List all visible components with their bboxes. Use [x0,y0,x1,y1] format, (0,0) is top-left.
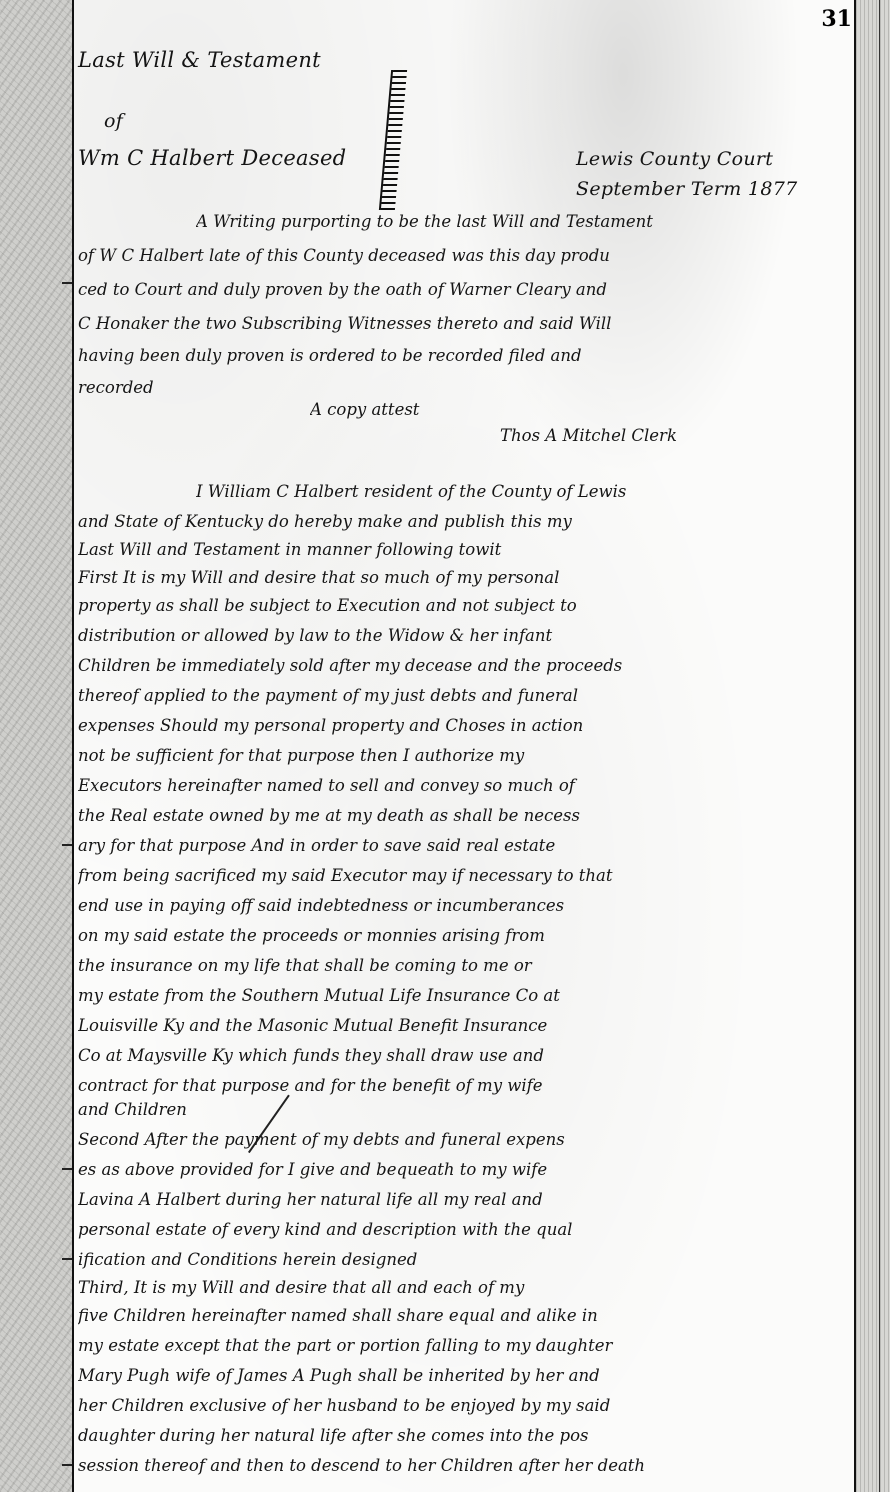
margin-tick [62,1258,72,1260]
left-margin-edge [0,0,72,1492]
will-line: personal estate of every kind and descri… [78,1220,858,1239]
will-line: I William C Halbert resident of the Coun… [196,482,890,501]
page-number: 31 [821,6,852,32]
court-name: Lewis County Court [576,148,773,170]
will-line: my estate except that the part or portio… [78,1336,858,1355]
will-line: property as shall be subject to Executio… [78,596,858,615]
will-line: Second After the payment of my debts and… [78,1130,858,1149]
probate-line: A Writing purporting to be the last Will… [196,212,890,231]
will-line: my estate from the Southern Mutual Life … [78,986,858,1005]
will-line: daughter during her natural life after s… [78,1426,858,1445]
will-line: and State of Kentucky do hereby make and… [78,512,858,531]
will-line: ification and Conditions herein designed [78,1250,858,1269]
will-line: Third, It is my Will and desire that all… [78,1278,858,1297]
will-line: her Children exclusive of her husband to… [78,1396,858,1415]
will-line: Last Will and Testament in manner follow… [78,540,858,559]
attest-line: A copy attest [310,400,890,419]
will-line: thereof applied to the payment of my jus… [78,686,858,705]
will-line: Louisville Ky and the Masonic Mutual Ben… [78,1016,858,1035]
will-line: not be sufficient for that purpose then … [78,746,858,765]
will-line: five Children hereinafter named shall sh… [78,1306,858,1325]
will-line: session thereof and then to descend to h… [78,1456,858,1475]
margin-tick [62,1464,72,1466]
will-line: Lavina A Halbert during her natural life… [78,1190,858,1209]
will-line: Executors hereinafter named to sell and … [78,776,858,795]
margin-tick [62,282,72,284]
will-line: the Real estate owned by me at my death … [78,806,858,825]
will-line: end use in paying off said indebtedness … [78,896,858,915]
decedent-name: Wm C Halbert Deceased [78,146,346,170]
will-line: distribution or allowed by law to the Wi… [78,626,858,645]
probate-line: having been duly proven is ordered to be… [78,346,858,365]
will-line: and Children [78,1100,858,1119]
left-margin-rule [72,0,74,1492]
probate-line: ced to Court and duly proven by the oath… [78,280,858,299]
will-line: Children be immediately sold after my de… [78,656,858,675]
margin-tick [62,1168,72,1170]
clerk-signature: Thos A Mitchel Clerk [500,426,890,445]
will-line: on my said estate the proceeds or monnie… [78,926,858,945]
will-line: the insurance on my life that shall be c… [78,956,858,975]
will-line: contract for that purpose and for the be… [78,1076,858,1095]
will-line: from being sacrificed my said Executor m… [78,866,858,885]
will-line: es as above provided for I give and bequ… [78,1160,858,1179]
probate-line: C Honaker the two Subscribing Witnesses … [78,314,858,333]
court-term: September Term 1877 [576,178,797,200]
will-line: Co at Maysville Ky which funds they shal… [78,1046,858,1065]
probate-line: recorded [78,378,858,397]
probate-line: of W C Halbert late of this County decea… [78,246,858,265]
document-title-of: of [104,110,123,132]
document-title: Last Will & Testament [78,48,321,72]
will-line: First It is my Will and desire that so m… [78,568,858,587]
will-line: expenses Should my personal property and… [78,716,858,735]
margin-tick [62,844,72,846]
will-line: Mary Pugh wife of James A Pugh shall be … [78,1366,858,1385]
will-line: ary for that purpose And in order to sav… [78,836,858,855]
